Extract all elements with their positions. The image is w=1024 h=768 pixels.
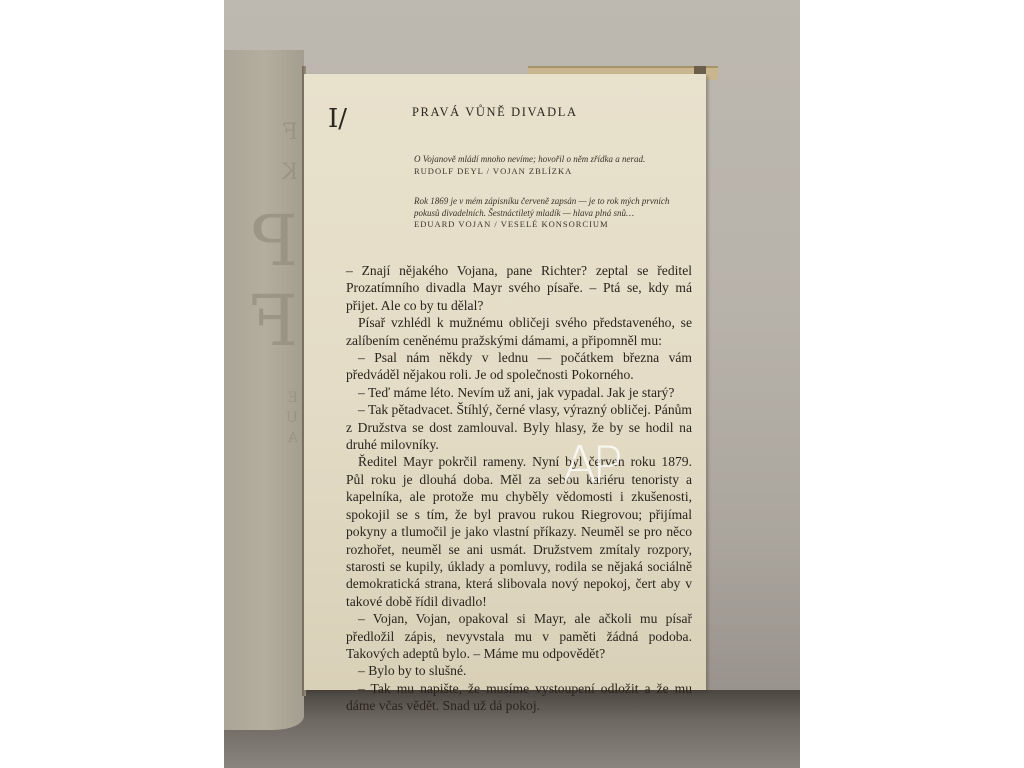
- paragraph: – Bylo by to slušné.: [346, 662, 692, 679]
- epigraph-source: EDUARD VOJAN / VESELÉ KONSORCIUM: [414, 219, 684, 231]
- paragraph: – Psal nám někdy v lednu — počátkem břez…: [346, 349, 692, 384]
- paragraph: – Teď máme léto. Nevím už ani, jak vypad…: [346, 384, 692, 401]
- paragraph: Ředitel Mayr pokrčil rameny. Nyní byl če…: [346, 453, 692, 610]
- epigraph-source: RUDOLF DEYL / VOJAN ZBLÍZKA: [414, 166, 684, 178]
- ghost-letter: E: [228, 390, 298, 406]
- paragraph: – Znají nějakého Vojana, pane Richter? z…: [346, 262, 692, 314]
- paragraph: – Tak pětadvacet. Štíhlý, černé vlasy, v…: [346, 401, 692, 453]
- ghost-letter: P: [228, 200, 298, 282]
- ghost-letter: F: [228, 280, 298, 362]
- chapter-number: I/: [328, 104, 347, 134]
- paragraph: – Vojan, Vojan, opakoval si Mayr, ale ač…: [346, 610, 692, 662]
- left-page: F K P F E U A: [224, 50, 304, 730]
- epigraph-quote: Rok 1869 je v mém zápisníku červeně zaps…: [414, 196, 669, 218]
- paragraph: – Tak mu napište, že musíme vystoupení o…: [346, 680, 692, 715]
- chapter-title: PRAVÁ VŮNĚ DIVADLA: [412, 105, 578, 120]
- epigraph-1: O Vojanově mládí mnoho nevíme; hovořil o…: [414, 154, 684, 177]
- ghost-letter: F: [228, 120, 298, 145]
- body-text: – Znají nějakého Vojana, pane Richter? z…: [346, 262, 692, 715]
- epigraph-quote: O Vojanově mládí mnoho nevíme; hovořil o…: [414, 154, 645, 164]
- ghost-letter: A: [228, 430, 298, 446]
- ghost-letter: U: [228, 410, 298, 426]
- watermark: AP: [562, 436, 617, 496]
- photo-frame: F K P F E U A I/ PRAVÁ VŮNĚ DIVADLA O Vo…: [224, 0, 800, 768]
- epigraph-2: Rok 1869 je v mém zápisníku červeně zaps…: [414, 196, 684, 231]
- ghost-letter: K: [228, 160, 298, 185]
- right-page: I/ PRAVÁ VŮNĚ DIVADLA O Vojanově mládí m…: [304, 74, 706, 690]
- paragraph: Písař vzhlédl k mužnému obličeji svého p…: [346, 314, 692, 349]
